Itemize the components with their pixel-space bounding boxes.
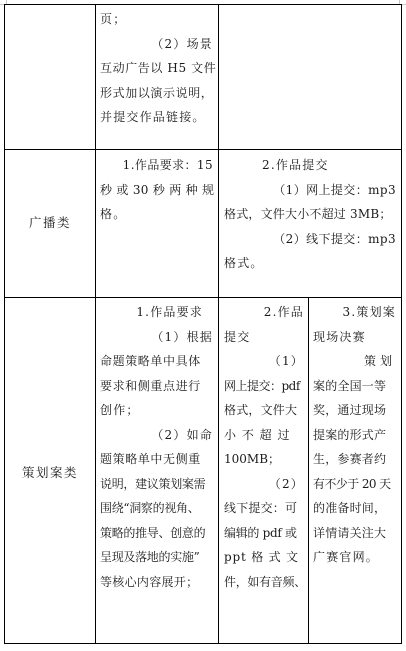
column-divider (308, 297, 309, 644)
category-broadcast: 广播类 (5, 213, 95, 231)
text-line: （2）如命 (100, 423, 213, 448)
text-line: 等核心内容展开； (100, 570, 213, 595)
text-line: 格式，文件大小不超过 3MB； (224, 202, 396, 227)
text-line: 策略的推导、创意的 (100, 521, 213, 546)
text-line: 策划 (313, 349, 396, 374)
text-line: 100MB； (224, 447, 304, 472)
text-line: 现场决赛 (313, 325, 396, 350)
text-line: 奖，通过现场 (313, 398, 396, 423)
text-line: （2） (224, 472, 304, 497)
text-line: 提交 (224, 325, 304, 350)
text-line: 有不少于 20 天 (313, 472, 396, 497)
text-line: 编辑的 pdf 或 (224, 521, 304, 546)
text-line: 呈现及落地的实施” (100, 545, 213, 570)
text-line: 广赛官网。 (313, 545, 396, 570)
cell-plan-submission: 2.作品 提交 （1） 网上提交：pdf 格式，文件大 小 不 超 过 100M… (224, 300, 304, 594)
text-line: 格式，文件大 (224, 398, 304, 423)
text-line: 案的全国一等 (313, 374, 396, 399)
text-line: 1.作品要求 (100, 300, 213, 325)
text-line: （1）网上提交：mp3 (224, 178, 396, 203)
table-border-bottom (4, 643, 402, 644)
text-line: 秒 或 30 秒 两 种 规 (100, 178, 213, 203)
text-line: （1）根据 (100, 325, 213, 350)
row-divider (4, 297, 402, 298)
column-divider (218, 4, 219, 644)
text-line: 互动广告以 H5 文件 (100, 56, 213, 81)
cell-row1-requirements: 页； （2）场景 互动广告以 H5 文件 形式加以演示说明， 并提交作品链接。 (100, 7, 213, 130)
text-line: 生，参赛者约 (313, 447, 396, 472)
text-line: 件，如有音频、 (224, 570, 304, 595)
table-border-right (401, 4, 402, 644)
table-border-left (4, 4, 5, 644)
text-line: 页； (100, 7, 213, 32)
text-line: 详情请关注大 (313, 521, 396, 546)
text-line: （2）场景 (100, 32, 213, 57)
text-line: 提案的形式产 (313, 423, 396, 448)
text-line: ppt 格 式 文 (224, 545, 304, 570)
text-line: 1.作品要求：15 (100, 153, 213, 178)
text-line: 3.策划案 (313, 300, 396, 325)
text-line: 的准备时间， (313, 496, 396, 521)
cell-plan-requirements: 1.作品要求 （1）根据 命题策略单中具体 要求和侧重点进行 创作； （2）如命… (100, 300, 213, 594)
text-line: 说明，建议策划案需 (100, 472, 213, 497)
cell-broadcast-requirements: 1.作品要求：15 秒 或 30 秒 两 种 规 格。 (100, 153, 213, 227)
text-line: 线下提交：可 (224, 496, 304, 521)
column-divider (95, 4, 96, 644)
cell-plan-final: 3.策划案 现场决赛 策划 案的全国一等 奖，通过现场 提案的形式产 生，参赛者… (313, 300, 396, 570)
text-line: 题策略单中无侧重 (100, 447, 213, 472)
text-line: 格。 (100, 202, 213, 227)
row-divider (4, 149, 402, 150)
text-line: 要求和侧重点进行 (100, 374, 213, 399)
text-line: （1） (224, 349, 304, 374)
text-line: 创作； (100, 398, 213, 423)
text-line: 命题策略单中具体 (100, 349, 213, 374)
category-plan: 策划案类 (5, 463, 95, 481)
text-line: （2）线下提交：mp3 (224, 227, 396, 252)
text-line: 并提交作品链接。 (100, 105, 213, 130)
text-line: 格式。 (224, 251, 396, 276)
text-line: 围绕“洞察的视角、 (100, 496, 213, 521)
text-line: 2.作品 (224, 300, 304, 325)
text-line: 2.作品提交 (224, 153, 396, 178)
cell-broadcast-submission: 2.作品提交 （1）网上提交：mp3 格式，文件大小不超过 3MB； （2）线下… (224, 153, 396, 276)
text-line: 小 不 超 过 (224, 423, 304, 448)
text-line: 形式加以演示说明， (100, 81, 213, 106)
text-line: 网上提交：pdf (224, 374, 304, 399)
table-border-top (4, 4, 402, 5)
